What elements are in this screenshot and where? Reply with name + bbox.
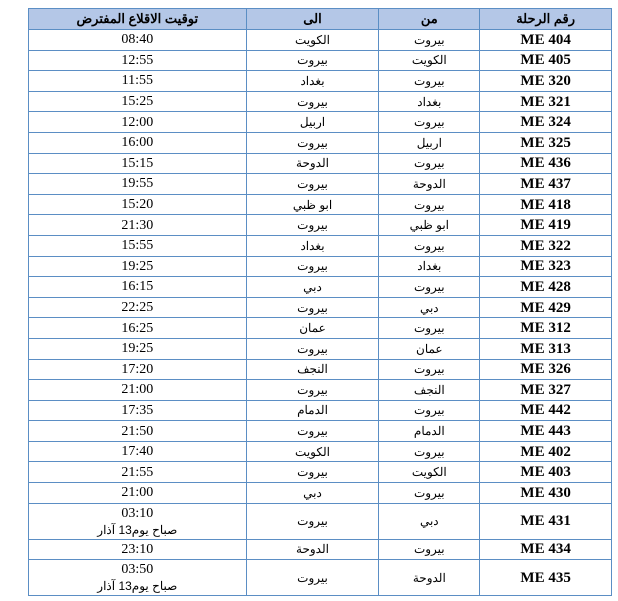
table-row: ME 405الكويتبيروت12:55 <box>29 50 612 71</box>
departure-time-cell: 21:00 <box>29 483 247 504</box>
origin-cell: بيروت <box>379 112 480 133</box>
departure-time-cell: 12:55 <box>29 50 247 71</box>
departure-time: 03:50 <box>29 561 246 578</box>
destination-cell: بغداد <box>246 235 379 256</box>
origin-cell: دبي <box>379 297 480 318</box>
table-row: ME 435الدوحةبيروت03:50صباح يوم13 آذار <box>29 560 612 596</box>
origin-cell: بيروت <box>379 400 480 421</box>
departure-time-cell: 11:55 <box>29 71 247 92</box>
destination-cell: بيروت <box>246 297 379 318</box>
flight-number-cell: ME 313 <box>480 338 612 359</box>
departure-time: 21:00 <box>29 381 246 398</box>
destination-cell: الدمام <box>246 400 379 421</box>
departure-date-note: صباح يوم13 آذار <box>29 522 246 538</box>
departure-time-cell: 15:55 <box>29 235 247 256</box>
flight-number-cell: ME 402 <box>480 441 612 462</box>
flight-number-cell: ME 431 <box>480 503 612 539</box>
destination-cell: الكويت <box>246 441 379 462</box>
departure-time-cell: 21:30 <box>29 215 247 236</box>
table-row: ME 403الكويتبيروت21:55 <box>29 462 612 483</box>
table-row: ME 419ابو ظبيبيروت21:30 <box>29 215 612 236</box>
departure-time-cell: 22:25 <box>29 297 247 318</box>
destination-cell: بيروت <box>246 338 379 359</box>
origin-cell: الدوحة <box>379 560 480 596</box>
flight-number-cell: ME 436 <box>480 153 612 174</box>
origin-cell: ابو ظبي <box>379 215 480 236</box>
departure-time-cell: 03:10صباح يوم13 آذار <box>29 503 247 539</box>
origin-cell: بغداد <box>379 91 480 112</box>
departure-time: 17:20 <box>29 361 246 378</box>
flight-number-cell: ME 428 <box>480 277 612 298</box>
departure-time-cell: 15:25 <box>29 91 247 112</box>
departure-time: 12:55 <box>29 52 246 69</box>
departure-time-cell: 19:25 <box>29 338 247 359</box>
flight-number-cell: ME 435 <box>480 560 612 596</box>
departure-time-cell: 16:00 <box>29 132 247 153</box>
departure-time-cell: 08:40 <box>29 30 247 51</box>
departure-time: 08:40 <box>29 31 246 48</box>
flight-number-cell: ME 322 <box>480 235 612 256</box>
destination-cell: الدوحة <box>246 539 379 560</box>
table-row: ME 434بيروتالدوحة23:10 <box>29 539 612 560</box>
departure-date-note: صباح يوم13 آذار <box>29 578 246 594</box>
table-row: ME 313عمانبيروت19:25 <box>29 338 612 359</box>
departure-time: 16:15 <box>29 278 246 295</box>
table-row: ME 404بيروتالكويت08:40 <box>29 30 612 51</box>
flight-number-cell: ME 324 <box>480 112 612 133</box>
departure-time-cell: 16:15 <box>29 277 247 298</box>
flight-number-cell: ME 325 <box>480 132 612 153</box>
flight-number-cell: ME 327 <box>480 380 612 401</box>
table-row: ME 312بيروتعمان16:25 <box>29 318 612 339</box>
destination-cell: اربيل <box>246 112 379 133</box>
destination-cell: عمان <box>246 318 379 339</box>
origin-cell: بيروت <box>379 71 480 92</box>
departure-time-cell: 21:55 <box>29 462 247 483</box>
table-row: ME 320بيروتبغداد11:55 <box>29 71 612 92</box>
flight-number-cell: ME 320 <box>480 71 612 92</box>
origin-cell: الدمام <box>379 421 480 442</box>
table-row: ME 443الدمامبيروت21:50 <box>29 421 612 442</box>
departure-time: 15:55 <box>29 237 246 254</box>
origin-cell: الدوحة <box>379 174 480 195</box>
flight-number-cell: ME 443 <box>480 421 612 442</box>
table-row: ME 429دبيبيروت22:25 <box>29 297 612 318</box>
departure-time: 21:00 <box>29 484 246 501</box>
departure-time: 19:55 <box>29 175 246 192</box>
departure-time: 22:25 <box>29 299 246 316</box>
departure-time: 16:25 <box>29 320 246 337</box>
origin-cell: بيروت <box>379 235 480 256</box>
table-row: ME 325اربيلبيروت16:00 <box>29 132 612 153</box>
departure-time: 19:25 <box>29 340 246 357</box>
departure-time-cell: 15:20 <box>29 194 247 215</box>
table-row: ME 322بيروتبغداد15:55 <box>29 235 612 256</box>
destination-cell: بيروت <box>246 174 379 195</box>
table-row: ME 436بيروتالدوحة15:15 <box>29 153 612 174</box>
departure-time-cell: 19:25 <box>29 256 247 277</box>
departure-time-cell: 21:50 <box>29 421 247 442</box>
flight-number-cell: ME 326 <box>480 359 612 380</box>
destination-cell: بيروت <box>246 560 379 596</box>
header-departure-time: توقيت الاقلاع المفترض <box>29 9 247 30</box>
departure-time-cell: 17:20 <box>29 359 247 380</box>
departure-time-cell: 23:10 <box>29 539 247 560</box>
origin-cell: النجف <box>379 380 480 401</box>
origin-cell: بيروت <box>379 30 480 51</box>
flight-number-cell: ME 442 <box>480 400 612 421</box>
destination-cell: بغداد <box>246 71 379 92</box>
table-row: ME 326بيروتالنجف17:20 <box>29 359 612 380</box>
table-row: ME 402بيروتالكويت17:40 <box>29 441 612 462</box>
flight-number-cell: ME 429 <box>480 297 612 318</box>
departure-time-cell: 17:35 <box>29 400 247 421</box>
table-row: ME 437الدوحةبيروت19:55 <box>29 174 612 195</box>
origin-cell: اربيل <box>379 132 480 153</box>
flight-number-cell: ME 437 <box>480 174 612 195</box>
flight-number-cell: ME 312 <box>480 318 612 339</box>
origin-cell: بيروت <box>379 277 480 298</box>
table-row: ME 428بيروتدبي16:15 <box>29 277 612 298</box>
destination-cell: بيروت <box>246 380 379 401</box>
destination-cell: بيروت <box>246 215 379 236</box>
table-row: ME 323بغدادبيروت19:25 <box>29 256 612 277</box>
origin-cell: بيروت <box>379 539 480 560</box>
flight-number-cell: ME 419 <box>480 215 612 236</box>
destination-cell: بيروت <box>246 132 379 153</box>
header-flight-number: رقم الرحلة <box>480 9 612 30</box>
departure-time-cell: 03:50صباح يوم13 آذار <box>29 560 247 596</box>
table-row: ME 430بيروتدبي21:00 <box>29 483 612 504</box>
origin-cell: بيروت <box>379 153 480 174</box>
departure-time: 12:00 <box>29 114 246 131</box>
destination-cell: بيروت <box>246 421 379 442</box>
origin-cell: الكويت <box>379 462 480 483</box>
origin-cell: بغداد <box>379 256 480 277</box>
destination-cell: دبي <box>246 277 379 298</box>
destination-cell: الدوحة <box>246 153 379 174</box>
flight-number-cell: ME 418 <box>480 194 612 215</box>
flight-number-cell: ME 323 <box>480 256 612 277</box>
header-to: الى <box>246 9 379 30</box>
destination-cell: بيروت <box>246 503 379 539</box>
departure-time: 17:40 <box>29 443 246 460</box>
flight-number-cell: ME 405 <box>480 50 612 71</box>
destination-cell: بيروت <box>246 91 379 112</box>
destination-cell: الكويت <box>246 30 379 51</box>
flight-number-cell: ME 403 <box>480 462 612 483</box>
departure-time: 19:25 <box>29 258 246 275</box>
departure-time: 15:25 <box>29 93 246 110</box>
table-row: ME 327النجفبيروت21:00 <box>29 380 612 401</box>
origin-cell: عمان <box>379 338 480 359</box>
departure-time-cell: 21:00 <box>29 380 247 401</box>
table-row: ME 442بيروتالدمام17:35 <box>29 400 612 421</box>
departure-time: 15:20 <box>29 196 246 213</box>
origin-cell: بيروت <box>379 359 480 380</box>
departure-time: 16:00 <box>29 134 246 151</box>
flight-number-cell: ME 434 <box>480 539 612 560</box>
destination-cell: بيروت <box>246 462 379 483</box>
origin-cell: بيروت <box>379 318 480 339</box>
destination-cell: النجف <box>246 359 379 380</box>
destination-cell: بيروت <box>246 50 379 71</box>
destination-cell: ابو ظبي <box>246 194 379 215</box>
table-row: ME 324بيروتاربيل12:00 <box>29 112 612 133</box>
origin-cell: بيروت <box>379 194 480 215</box>
table-row: ME 418بيروتابو ظبي15:20 <box>29 194 612 215</box>
departure-time: 21:55 <box>29 464 246 481</box>
departure-time-cell: 16:25 <box>29 318 247 339</box>
departure-time-cell: 15:15 <box>29 153 247 174</box>
departure-time: 17:35 <box>29 402 246 419</box>
departure-time: 03:10 <box>29 505 246 522</box>
origin-cell: بيروت <box>379 483 480 504</box>
flight-schedule-table: رقم الرحلة من الى توقيت الاقلاع المفترض … <box>28 8 612 596</box>
departure-time: 21:50 <box>29 423 246 440</box>
origin-cell: الكويت <box>379 50 480 71</box>
departure-time: 21:30 <box>29 217 246 234</box>
flight-number-cell: ME 430 <box>480 483 612 504</box>
departure-time: 11:55 <box>29 72 246 89</box>
table-row: ME 321بغدادبيروت15:25 <box>29 91 612 112</box>
destination-cell: بيروت <box>246 256 379 277</box>
origin-cell: دبي <box>379 503 480 539</box>
header-row: رقم الرحلة من الى توقيت الاقلاع المفترض <box>29 9 612 30</box>
table-row: ME 431دبيبيروت03:10صباح يوم13 آذار <box>29 503 612 539</box>
departure-time-cell: 17:40 <box>29 441 247 462</box>
header-from: من <box>379 9 480 30</box>
departure-time: 23:10 <box>29 541 246 558</box>
destination-cell: دبي <box>246 483 379 504</box>
flight-number-cell: ME 404 <box>480 30 612 51</box>
departure-time-cell: 19:55 <box>29 174 247 195</box>
table-body: ME 404بيروتالكويت08:40ME 405الكويتبيروت1… <box>29 30 612 596</box>
flight-number-cell: ME 321 <box>480 91 612 112</box>
origin-cell: بيروت <box>379 441 480 462</box>
departure-time: 15:15 <box>29 155 246 172</box>
departure-time-cell: 12:00 <box>29 112 247 133</box>
